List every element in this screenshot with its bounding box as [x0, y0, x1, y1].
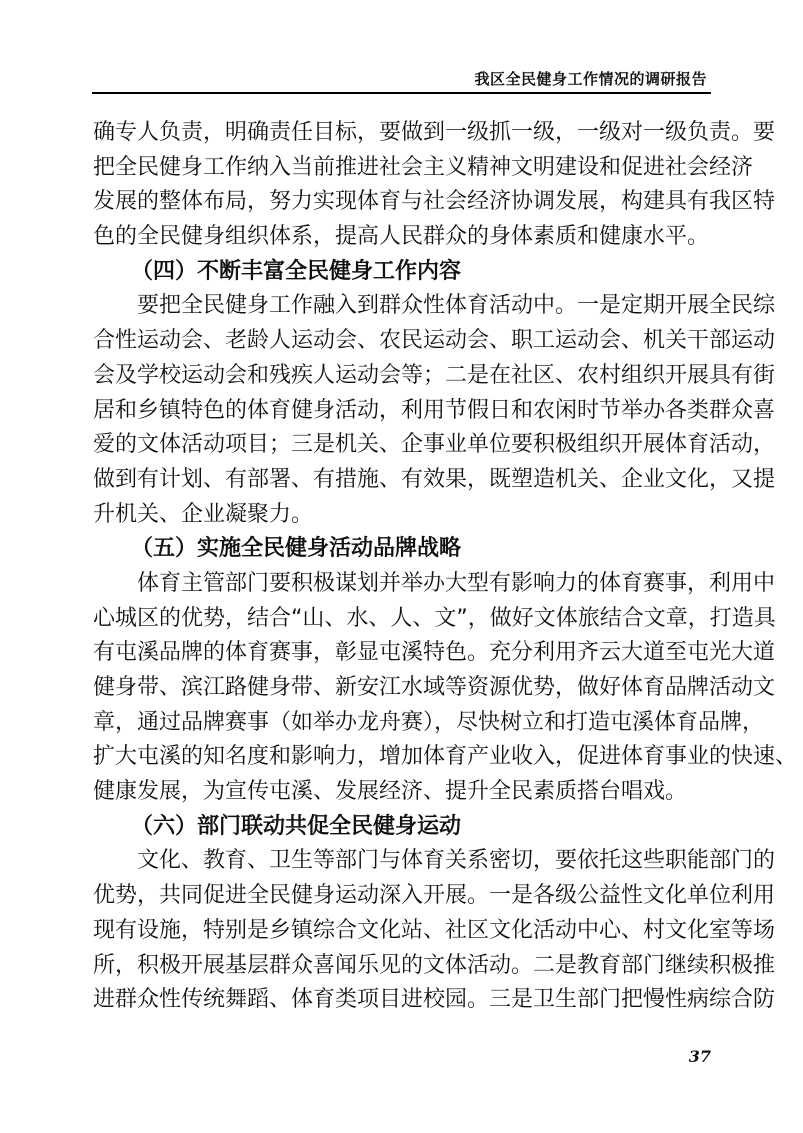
text-line: 有屯溪品牌的体育赛事，彰显屯溪特色。充分利用齐云大道至屯光大道 [93, 636, 709, 671]
running-header: 我区全民健身工作情况的调研报告 [92, 66, 711, 94]
text-line: 扩大屯溪的知名度和影响力，增加体育产业收入，促进体育事业的快速、 [93, 740, 709, 775]
text-line: 把全民健身工作纳入当前推进社会主义精神文明建设和促进社会经济 [93, 151, 709, 186]
text-line: 爱的文体活动项目；三是机关、企事业单位要积极组织开展体育活动， [93, 428, 709, 463]
text-line: 健身带、滨江路健身带、新安江水域等资源优势，做好体育品牌活动文 [93, 671, 709, 706]
text-line: 现有设施，特别是乡镇综合文化站、社区文化活动中心、村文化室等场 [93, 914, 709, 949]
text-line: 合性运动会、老龄人运动会、农民运动会、职工运动会、机关干部运动 [93, 324, 709, 359]
text-line: 心城区的优势，结合“山、水、人、文”，做好文体旅结合文章，打造具 [93, 602, 709, 637]
text-line: 优势，共同促进全民健身运动深入开展。一是各级公益性文化单位利用 [93, 879, 709, 914]
text-line: 章，通过品牌赛事（如举办龙舟赛），尽快树立和打造屯溪体育品牌， [93, 706, 709, 741]
text-line: 健康发展，为宣传屯溪、发展经济、提升全民素质搭台唱戏。 [93, 775, 709, 810]
text-line: 确专人负责，明确责任目标，要做到一级抓一级，一级对一级负责。要 [93, 116, 709, 151]
text-line: 会及学校运动会和残疾人运动会等；二是在社区、农村组织开展具有街 [93, 359, 709, 394]
running-header-title: 我区全民健身工作情况的调研报告 [474, 68, 707, 89]
text-line: 做到有计划、有部署、有措施、有效果，既塑造机关、企业文化，又提 [93, 463, 709, 498]
section-heading: （五）实施全民健身活动品牌战略 [93, 532, 709, 567]
section-heading: （四）不断丰富全民健身工作内容 [93, 255, 709, 290]
text-line: 色的全民健身组织体系，提高人民群众的身体素质和健康水平。 [93, 220, 709, 255]
page-body: 确专人负责，明确责任目标，要做到一级抓一级，一级对一级负责。要把全民健身工作纳入… [93, 116, 709, 1018]
text-line: 发展的整体布局，努力实现体育与社会经济协调发展，构建具有我区特 [93, 185, 709, 220]
page-number: 37 [689, 1047, 711, 1066]
text-line: 要把全民健身工作融入到群众性体育活动中。一是定期开展全民综 [93, 289, 709, 324]
text-line: 进群众性传统舞蹈、体育类项目进校园。三是卫生部门把慢性病综合防 [93, 983, 709, 1018]
section-heading: （六）部门联动共促全民健身运动 [93, 810, 709, 845]
text-line: 升机关、企业凝聚力。 [93, 498, 709, 533]
text-line: 文化、教育、卫生等部门与体育关系密切，要依托这些职能部门的 [93, 844, 709, 879]
text-line: 体育主管部门要积极谋划并举办大型有影响力的体育赛事，利用中 [93, 567, 709, 602]
text-line: 所，积极开展基层群众喜闻乐见的文体活动。二是教育部门继续积极推 [93, 949, 709, 984]
text-line: 居和乡镇特色的体育健身活动，利用节假日和农闲时节举办各类群众喜 [93, 394, 709, 429]
